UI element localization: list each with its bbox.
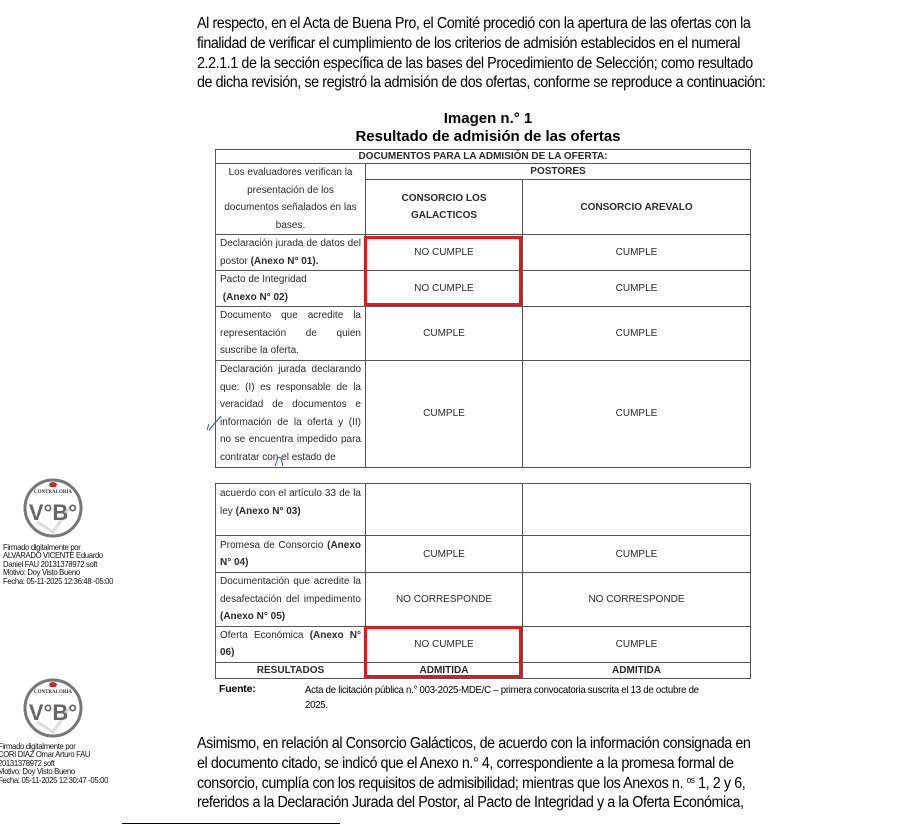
value-cell: CUMPLE: [523, 360, 751, 467]
signature-block-1: Firmado digitalmente por ALVARADO VICENT…: [3, 543, 113, 585]
closing-line: el documento citado, se indicó que el An…: [197, 754, 772, 774]
document-cell: Oferta Económica (Anexo N° 06): [216, 626, 366, 662]
table-row: Promesa de Consorcio (Anexo N° 04) CUMPL…: [216, 536, 751, 573]
left-header: Los evaluadores verifican la presentació…: [216, 164, 366, 235]
value-cell: NO CORRESPONDE: [366, 573, 523, 627]
source-label: Fuente:: [219, 683, 256, 695]
value-cell: CUMPLE: [523, 536, 751, 573]
svg-text:V°B°: V°B°: [29, 500, 77, 525]
source-text: Acta de licitación pública n.° 003-2025-…: [305, 683, 765, 712]
value-cell: CUMPLE: [523, 235, 751, 271]
document-cell: Declaración jurada declarando que: (I) e…: [216, 360, 366, 467]
document-cell: Documentación que acredite la desafectac…: [216, 573, 366, 627]
table-row: Documentación que acredite la desafectac…: [216, 573, 751, 627]
footnote-separator: [122, 823, 340, 824]
postor-arevalo: CONSORCIO AREVALO: [523, 180, 751, 235]
value-cell: CUMPLE: [523, 271, 751, 307]
value-cell: NO CORRESPONDE: [523, 573, 751, 627]
result-arevalo: ADMITIDA: [523, 662, 751, 678]
value-cell: CUMPLE: [366, 536, 523, 573]
closing-line: consorcio, cumplía con los requisitos de…: [197, 774, 772, 794]
intro-line: Al respecto, en el Acta de Buena Pro, el…: [197, 14, 772, 34]
value-cell: CUMPLE: [366, 360, 523, 467]
contraloria-vb-stamp-icon: CONTRALORÍA V°B°: [23, 678, 83, 738]
document-cell: Promesa de Consorcio (Anexo N° 04): [216, 536, 366, 573]
highlight-box-annex-6: [364, 626, 522, 678]
figure-title: Resultado de admisión de las ofertas: [210, 128, 766, 146]
value-cell: [366, 484, 523, 536]
figure-label: Imagen n.° 1: [210, 110, 766, 128]
admission-table-part-1: DOCUMENTOS PARA LA ADMISIÓN DE LA OFERTA…: [215, 149, 751, 468]
pen-mark-icon: [272, 455, 288, 467]
closing-paragraph: Asimismo, en relación al Consorcio Galác…: [197, 734, 772, 813]
closing-line: Asimismo, en relación al Consorcio Galác…: [197, 734, 772, 754]
value-cell: CUMPLE: [523, 307, 751, 361]
intro-paragraph: Al respecto, en el Acta de Buena Pro, el…: [197, 14, 772, 93]
value-cell: [523, 484, 751, 536]
document-cell: acuerdo con el artículo 33 de la ley (An…: [216, 484, 366, 536]
signature-block-2: Firmado digitalmente por CORI DIAZ Omar …: [0, 742, 108, 784]
postores-header-row: Los evaluadores verifican la presentació…: [216, 164, 751, 180]
table-section-header-row: DOCUMENTOS PARA LA ADMISIÓN DE LA OFERTA…: [216, 150, 751, 164]
svg-text:CONTRALORÍA: CONTRALORÍA: [34, 489, 72, 495]
postores-header: POSTORES: [366, 164, 751, 180]
table-row: Declaración jurada declarando que: (I) e…: [216, 360, 751, 467]
document-cell: Documento que acredite la representación…: [216, 307, 366, 361]
intro-line: finalidad de verificar el cumplimiento d…: [197, 34, 772, 54]
highlight-box-annex-1-2: [364, 236, 522, 306]
pen-check-mark-icon: [205, 412, 225, 432]
table-row: Documento que acredite la representación…: [216, 307, 751, 361]
closing-line: referidos a la Declaración Jurada del Po…: [197, 793, 772, 813]
value-cell: CUMPLE: [523, 626, 751, 662]
intro-line: de dicha revisión, se registró la admisi…: [197, 73, 772, 93]
document-cell: Declaración jurada de datos del postor (…: [216, 235, 366, 271]
svg-text:CONTRALORÍA: CONTRALORÍA: [34, 689, 72, 695]
value-cell: CUMPLE: [366, 307, 523, 361]
section-header: DOCUMENTOS PARA LA ADMISIÓN DE LA OFERTA…: [216, 150, 751, 164]
document-cell: Pacto de Integridad (Anexo N° 02): [216, 271, 366, 307]
intro-line: 2.2.1.1 de la sección específica de las …: [197, 54, 772, 74]
svg-text:V°B°: V°B°: [29, 700, 77, 725]
postor-galacticos: CONSORCIO LOS GALACTICOS: [366, 180, 523, 235]
results-label: RESULTADOS: [216, 662, 366, 678]
contraloria-vb-stamp-icon: CONTRALORÍA V°B°: [23, 478, 83, 538]
table-row: acuerdo con el artículo 33 de la ley (An…: [216, 484, 751, 536]
